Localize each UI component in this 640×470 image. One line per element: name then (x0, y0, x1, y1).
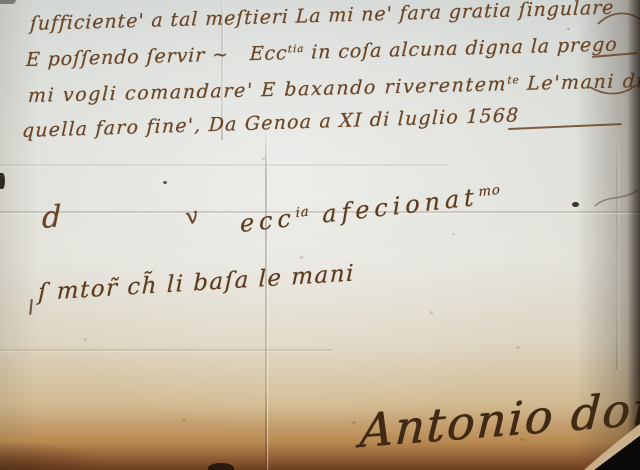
paper-fold-crease-vertical-right (616, 140, 618, 370)
paper-speck (182, 419, 186, 422)
paper-speck (452, 233, 455, 235)
valediction-afecionat: afecionat (309, 183, 479, 230)
photo-edge-shadow (627, 0, 640, 470)
valediction-servitor-line: ſ mtor̃ ch̃ li baſa le mani (38, 261, 356, 306)
ink-droplet (163, 181, 167, 184)
letter-line-2-text: E poſſendo ſervir ~ Ecc (26, 42, 289, 71)
valediction-line: eccia afecionatmo (240, 180, 502, 238)
paper-speck (352, 421, 356, 424)
paper-corner-shadow (0, 0, 16, 4)
paper-speck (84, 338, 87, 341)
paper-edge-nick (0, 173, 5, 189)
letter-line-1-text: ſufficiente' a tal meſtieri La mi ne' fa… (30, 0, 615, 35)
letter-line-3: mi vogli comandare' E baxando riverentem… (27, 70, 640, 107)
letter-line-2-text-cont: in coſa alcuna digna la prego (304, 33, 618, 63)
ink-blot (572, 202, 579, 207)
letter-line-1: ſufficiente' a tal meſtieri La mi ne' fa… (30, 0, 615, 35)
letter-line-3-text: mi vogli comandare' E baxando riverentem (27, 73, 507, 107)
aged-edge-stain (0, 440, 110, 470)
paper-speck (567, 28, 570, 30)
paper-speck (430, 311, 433, 314)
abbreviation-superscript: te (507, 74, 520, 86)
abbreviation-superscript: ia (295, 204, 309, 221)
pen-dash-long (508, 123, 622, 130)
manuscript-page: ſufficiente' a tal meſtieri La mi ne' fa… (0, 0, 640, 470)
paper-fold-crease-horizontal-lower (0, 349, 333, 351)
abbreviation-superscript: tia (288, 43, 305, 55)
letter-line-4-dateline: quella faro fine', Da Genoa a XI di lugl… (22, 104, 520, 142)
paper-speck (300, 256, 303, 259)
paper-speck (262, 158, 265, 160)
paper-fold-crease-horizontal-faint (0, 164, 448, 166)
valediction-ecc: ecc (240, 204, 296, 238)
letter-line-4-text: quella faro fine', Da Genoa a XI di lugl… (22, 104, 520, 142)
paper-fold-crease-vertical (265, 128, 267, 470)
letter-line-2: E poſſendo ſervir ~ Ecctia in coſa alcun… (26, 33, 619, 71)
cut-off-ink-stroke (208, 463, 234, 470)
torn-corner (576, 406, 640, 470)
abbreviation-superscript: mo (478, 183, 501, 201)
paper-speck (516, 346, 520, 349)
valediction-flourish: v (183, 203, 201, 230)
ink-stray-mark (29, 299, 33, 315)
valediction-initial: d (42, 199, 62, 236)
